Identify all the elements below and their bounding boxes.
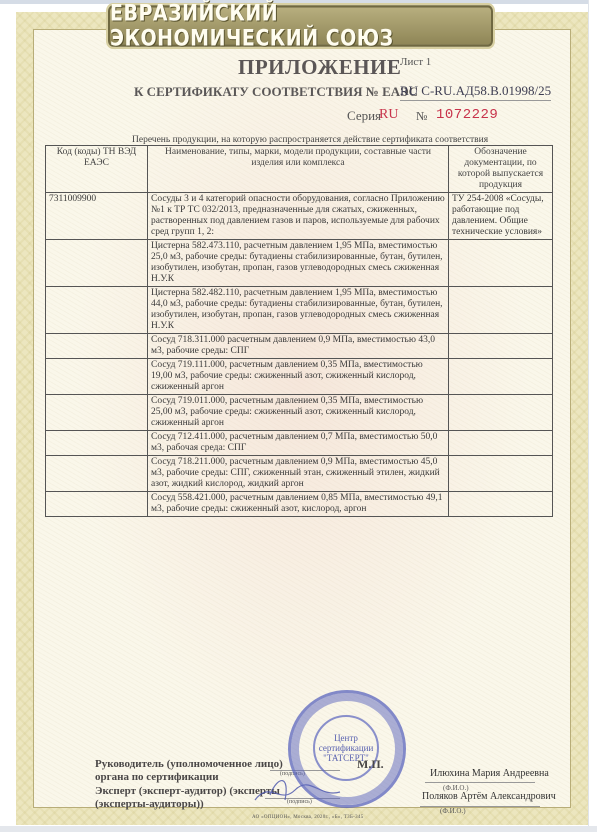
table-caption: Перечень продукции, на которую распростр… — [132, 135, 488, 145]
cell-name: Сосуд 719.011.000, расчетным давлением 0… — [148, 395, 449, 431]
cell-name: Цистерна 582.482.110, расчетным давление… — [148, 287, 449, 334]
cell-code — [46, 492, 148, 517]
number-label: № — [416, 109, 427, 124]
head-name: Илюхина Мария Андреевна — [430, 768, 549, 779]
expert-fio-line — [420, 806, 540, 807]
column-header-code: Код (коды) ТН ВЭД ЕАЭС — [46, 146, 148, 193]
cell-code — [46, 395, 148, 431]
cell-doc — [449, 359, 553, 395]
page-title: ПРИЛОЖЕНИЕ — [238, 55, 401, 80]
table-row: Сосуд 712.411.000, расчетным давлением 0… — [46, 431, 553, 456]
cell-doc — [449, 287, 553, 334]
product-table: Код (коды) ТН ВЭД ЕАЭС Наименование, тип… — [45, 145, 553, 517]
head-fio-line — [425, 782, 535, 783]
cell-code — [46, 456, 148, 492]
expert-name: Поляков Артём Александрович — [422, 791, 556, 802]
series-label: Серия — [347, 108, 381, 124]
table-row: Сосуд 558.421.000, расчетным давлением 0… — [46, 492, 553, 517]
cell-doc — [449, 240, 553, 287]
series-value: RU — [379, 107, 398, 123]
viewer-bottom-edge — [0, 826, 597, 832]
cell-name: Сосуд 718.311.000 расчетным давлением 0,… — [148, 334, 449, 359]
cell-name: Цистерна 582.473.110, расчетным давление… — [148, 240, 449, 287]
seal-place-mark: М.П. — [357, 757, 384, 772]
table-row: Цистерна 582.482.110, расчетным давление… — [46, 287, 553, 334]
cell-code — [46, 334, 148, 359]
sheet-number: Лист 1 — [400, 56, 431, 68]
certificate-number: RU C-RU.АД58.В.01998/25 — [400, 83, 551, 101]
table-row: Сосуд 719.111.000, расчетным давлением 0… — [46, 359, 553, 395]
cell-doc — [449, 431, 553, 456]
cell-name: Сосуд 719.111.000, расчетным давлением 0… — [148, 359, 449, 395]
expert-fio-caption: (Ф.И.О.) — [440, 807, 466, 815]
certificate-prefix: К СЕРТИФИКАТУ СООТВЕТСТВИЯ № ЕАЭС — [134, 84, 418, 100]
table-row: Сосуд 718.311.000 расчетным давлением 0,… — [46, 334, 553, 359]
cell-name: Сосуд 718.211.000, расчетным давлением 0… — [148, 456, 449, 492]
cell-doc — [449, 334, 553, 359]
cell-code — [46, 359, 148, 395]
cell-code — [46, 240, 148, 287]
certification-body-stamp: Центр сертификации "ТАТСЕРТ" — [288, 690, 406, 808]
cell-doc — [449, 492, 553, 517]
table-row: Цистерна 582.473.110, расчетным давление… — [46, 240, 553, 287]
form-number: 1072229 — [436, 107, 498, 123]
union-banner: ЕВРАЗИЙСКИЙ ЭКОНОМИЧЕСКИЙ СОЮЗ — [108, 5, 493, 46]
table-row: Сосуд 719.011.000, расчетным давлением 0… — [46, 395, 553, 431]
cell-name: Сосуд 558.421.000, расчетным давлением 0… — [148, 492, 449, 517]
viewer-right-edge — [588, 0, 597, 832]
column-header-doc: Обозначение документации, по которой вып… — [449, 146, 553, 193]
cell-doc — [449, 456, 553, 492]
cell-code — [46, 431, 148, 456]
cell-code: 7311009900 — [46, 193, 148, 240]
cell-name: Сосуд 712.411.000, расчетным давлением 0… — [148, 431, 449, 456]
table-header-row: Код (коды) ТН ВЭД ЕАЭС Наименование, тип… — [46, 146, 553, 193]
table-row: Сосуд 718.211.000, расчетным давлением 0… — [46, 456, 553, 492]
table-row: 7311009900Сосуды 3 и 4 категорий опаснос… — [46, 193, 553, 240]
cell-doc: ТУ 254-2008 «Сосуды, работающие под давл… — [449, 193, 553, 240]
column-header-name: Наименование, типы, марки, модели продук… — [148, 146, 449, 193]
cell-name: Сосуды 3 и 4 категорий опасности оборудо… — [148, 193, 449, 240]
printer-imprint: АО «ОПЦИОН», Москва, 2020г., «Б», Т3Б-34… — [252, 815, 364, 820]
cell-code — [46, 287, 148, 334]
cell-doc — [449, 395, 553, 431]
